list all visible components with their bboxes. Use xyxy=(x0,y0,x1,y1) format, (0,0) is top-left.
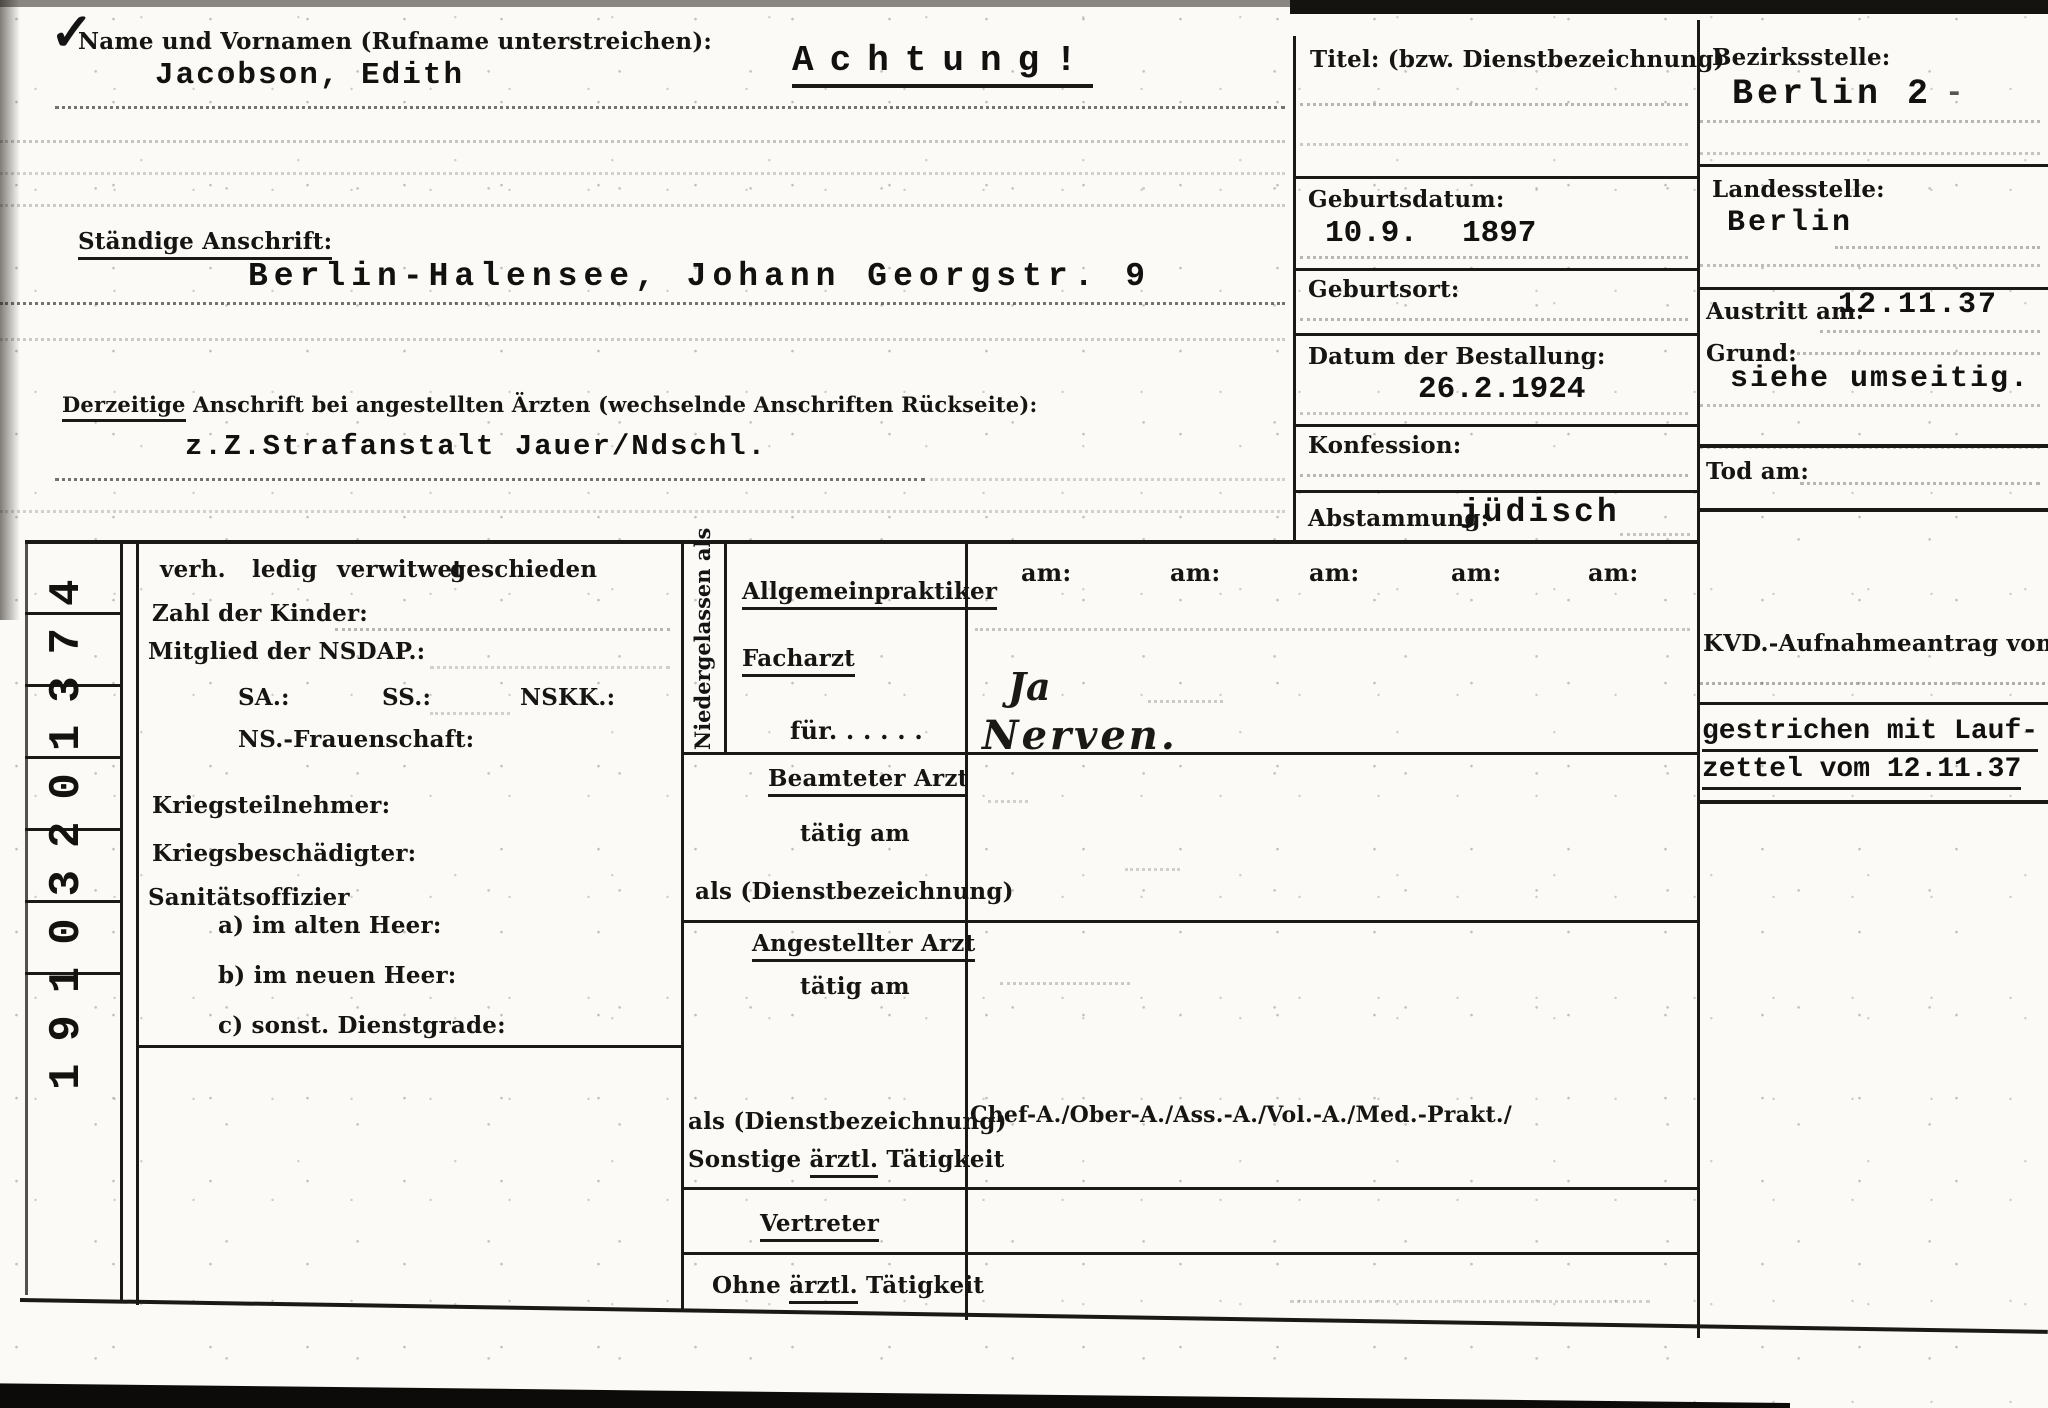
ruled-line xyxy=(1820,330,2040,333)
active-on-label-1: tätig am xyxy=(800,820,910,847)
divider xyxy=(1293,424,1697,427)
permanent-address-value: Berlin-Halensee, Johann Georgstr. 9 xyxy=(248,258,1151,295)
ns-frauenschaft-label: NS.-Frauenschaft: xyxy=(238,726,474,753)
service-title-label-1: als (Dienstbezeichnung) xyxy=(695,878,1014,905)
am-label-5: am: xyxy=(1588,558,1638,587)
ruled-line xyxy=(55,478,925,481)
divider xyxy=(1293,176,1697,179)
ruled-line xyxy=(1300,143,1688,146)
ruled-line xyxy=(1700,264,2040,267)
ruled-line xyxy=(0,338,1285,341)
divider xyxy=(681,540,684,1312)
divider xyxy=(1293,333,1697,336)
state-office-value: Berlin xyxy=(1727,206,1853,240)
divider xyxy=(1293,36,1296,540)
attention-note: Achtung! xyxy=(792,40,1093,88)
active-on-label-2: tätig am xyxy=(800,973,910,1000)
divider xyxy=(1293,268,1697,271)
ruled-line xyxy=(55,106,1285,109)
children-count-label: Zahl der Kinder: xyxy=(152,600,368,627)
permanent-address-label: Ständige Anschrift: xyxy=(78,228,332,255)
am-label-1: am: xyxy=(1021,558,1071,587)
ruled-line xyxy=(0,172,1285,175)
current-address-label: Derzeitige Anschrift bei angestellten Är… xyxy=(62,392,1037,417)
marital-verh: verh. xyxy=(160,556,226,583)
district-office-value: Berlin 2 xyxy=(1732,74,1932,114)
ruled-line xyxy=(1300,256,1688,259)
confession-label: Konfession: xyxy=(1308,432,1461,459)
specialist-for-label: für. . . . . . xyxy=(790,716,923,745)
war-disabled-label: Kriegsbeschädigter: xyxy=(152,840,416,867)
divider xyxy=(724,540,727,754)
new-army-label: b) im neuen Heer: xyxy=(218,962,457,989)
divider xyxy=(1697,800,2048,804)
appointment-date-value: 26.2.1924 xyxy=(1418,372,1585,407)
scan-edge-left xyxy=(0,0,20,620)
nskk-label: NSKK.: xyxy=(520,684,615,711)
district-office-label: Bezirksstelle: xyxy=(1712,44,1890,71)
war-participant-label: Kriegsteilnehmer: xyxy=(152,792,390,819)
medical-officer-label: Sanitätsoffizier xyxy=(148,884,350,911)
ruled-line xyxy=(0,204,1285,207)
stray-dots xyxy=(988,800,1028,803)
divider xyxy=(1293,490,1697,493)
ruled-line xyxy=(430,666,670,669)
ruled-line xyxy=(430,712,510,715)
ruled-line xyxy=(1700,682,2045,685)
divider xyxy=(681,920,1697,923)
ruled-line xyxy=(1800,482,2040,485)
ruled-line xyxy=(1700,404,2040,407)
stray-mark: - xyxy=(1945,76,1964,111)
marital-ledig: ledig xyxy=(252,556,317,583)
divider xyxy=(1697,702,2048,705)
appointment-date-label: Datum der Bestallung: xyxy=(1308,343,1606,370)
stray-dots xyxy=(1125,868,1180,871)
divider xyxy=(1697,20,1700,1338)
ruled-line xyxy=(1835,246,2040,249)
title-label: Titel: (bzw. Dienstbezeichnung) xyxy=(1310,46,1725,73)
struck-off-note-line1: gestrichen mit Lauf- xyxy=(1702,716,2038,747)
am-label-2: am: xyxy=(1170,558,1220,587)
kvd-application-label: KVD.-Aufnahmeantrag vom: xyxy=(1703,630,2048,657)
official-physician-label: Beamteter Arzt xyxy=(768,765,968,792)
divider xyxy=(681,752,1697,755)
am-label-3: am: xyxy=(1309,558,1359,587)
divider xyxy=(136,1045,684,1048)
ruled-line xyxy=(930,478,1285,481)
name-value: Jacobson, Edith xyxy=(155,58,464,93)
general-practitioner-label: Allgemeinpraktiker xyxy=(742,578,997,605)
ruled-line xyxy=(1300,474,1688,477)
employed-physician-label: Angestellter Arzt xyxy=(752,930,975,957)
rank-options: Chef-A./Ober-A./Ass.-A./Vol.-A./Med.-Pra… xyxy=(970,1102,1512,1128)
ruled-line xyxy=(1300,318,1688,321)
scan-edge-top-right xyxy=(1290,0,2048,14)
divider xyxy=(120,540,123,1302)
no-medical-activity-label: Ohne ärztl. Tätigkeit xyxy=(712,1272,984,1299)
substitute-label: Vertreter xyxy=(760,1210,879,1237)
ruled-line xyxy=(335,628,670,631)
service-title-label-2: als (Dienstbezeichnung) xyxy=(688,1108,1007,1135)
exit-date-value: 12.11.37 xyxy=(1838,288,1998,322)
sa-label: SA.: xyxy=(238,684,290,711)
marital-geschieden: geschieden xyxy=(450,556,597,583)
ruled-line xyxy=(1300,412,1688,415)
stray-dots xyxy=(1000,982,1130,985)
registered-as-label: Niedergelassen als xyxy=(690,542,715,750)
table-bottom-border xyxy=(20,1298,2048,1334)
ruled-line xyxy=(1300,103,1688,106)
ruled-line xyxy=(0,140,1285,143)
death-date-label: Tod am: xyxy=(1706,458,1809,485)
other-ranks-label: c) sonst. Dienstgrade: xyxy=(218,1012,506,1039)
registration-card: ✓ Name und Vornamen (Rufname unterstreic… xyxy=(0,0,2048,1408)
current-address-value: z.Z.Strafanstalt Jauer/Ndschl. xyxy=(185,430,767,463)
divider xyxy=(25,540,28,1295)
birthdate-daymonth: 10.9. xyxy=(1325,216,1418,251)
divider xyxy=(1697,164,2048,167)
marital-verwitwet: verwitwet xyxy=(337,556,463,583)
divider xyxy=(681,1187,1697,1190)
specialist-label: Facharzt xyxy=(742,645,855,672)
other-medical-activity-label: Sonstige ärztl. Tätigkeit xyxy=(688,1146,1005,1173)
film-number: 19103201374 xyxy=(42,540,92,1090)
ruled-line xyxy=(1620,533,1690,536)
table-top-border xyxy=(25,540,1697,544)
name-label: Name und Vornamen (Rufname unterstreiche… xyxy=(78,28,712,55)
stray-dots xyxy=(1290,1300,1650,1303)
scan-edge-bottom xyxy=(0,1380,1790,1408)
ss-label: SS.: xyxy=(382,684,431,711)
specialist-yes-value: Ja xyxy=(1008,664,1051,709)
ruled-line xyxy=(0,302,1285,305)
struck-off-note-line2: zettel vom 12.11.37 xyxy=(1702,754,2021,785)
nsdap-member-label: Mitglied der NSDAP.: xyxy=(148,638,425,665)
divider xyxy=(681,1252,1697,1255)
ruled-line xyxy=(0,510,1285,513)
state-office-label: Landesstelle: xyxy=(1712,176,1885,203)
birthdate-label: Geburtsdatum: xyxy=(1308,186,1505,213)
stray-dots xyxy=(1148,700,1223,703)
birthplace-label: Geburtsort: xyxy=(1308,276,1460,303)
divider xyxy=(1697,444,2048,448)
descent-value: jüdisch xyxy=(1460,494,1620,531)
divider xyxy=(136,540,139,1305)
ruled-line xyxy=(1790,352,2040,355)
ruled-line xyxy=(1700,152,2040,155)
ruled-line xyxy=(975,628,1690,631)
divider xyxy=(1697,508,2048,512)
ruled-line xyxy=(1700,120,2040,123)
birthdate-year: 1897 xyxy=(1462,216,1536,251)
old-army-label: a) im alten Heer: xyxy=(218,912,442,939)
reason-value: siehe umseitig. xyxy=(1730,362,2030,396)
am-label-4: am: xyxy=(1451,558,1501,587)
